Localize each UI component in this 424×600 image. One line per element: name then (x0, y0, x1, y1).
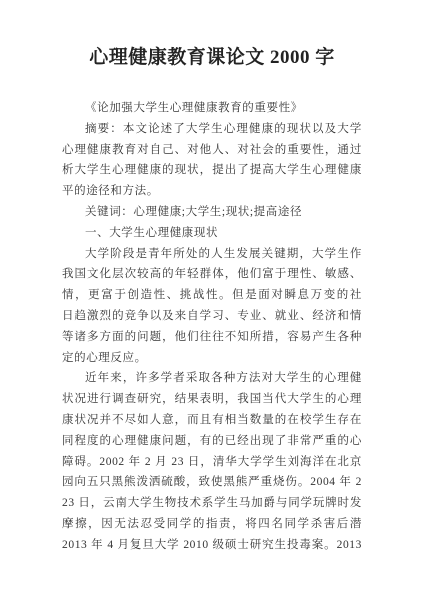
text-line: 等诸多方面的问题，他们往往不知所措，容易产生各种不 (62, 327, 362, 348)
body-paragraph-2: 近年来，许多学者采取各种方法对大学生的心理健康状况进行调查研究，结果表明，我国当… (62, 368, 362, 555)
text-line: 同程度的心理健康问题，有的已经出现了非常严重的心理 (62, 431, 362, 452)
text-line: 大学阶段是青年所处的人生发展关键期，大学生作为 (62, 244, 362, 265)
body-paragraph-1: 大学阶段是青年所处的人生发展关键期，大学生作为我国文化层次较高的年轻群体，他们富… (62, 244, 362, 369)
keywords: 关键词：心理健康;大学生;现状;提高途径 (62, 202, 362, 223)
text-line: 心理健康教育对自己、对他人、对社会的重要性，通过分 (62, 140, 362, 161)
document-title: 心理健康教育课论文 2000 字 (62, 46, 362, 70)
text-line: 近年来，许多学者采取各种方法对大学生的心理健康 (62, 368, 362, 389)
text-line: 情，更富于创造性、挑战性。但是面对瞬息万变的社会、 (62, 285, 362, 306)
document-page: { "page": { "background_color": "#ffffff… (0, 0, 424, 600)
abstract: 摘要：本文论述了大学生心理健康的现状以及大学生心理健康教育对自己、对他人、对社会… (62, 119, 362, 202)
text-line: 定的心理反应。 (62, 348, 362, 369)
document-canvas: 心理健康教育课论文 2000 字 《论加强大学生心理健康教育的重要性》摘要：本文… (0, 0, 424, 600)
text-line: 2013 年 4 月复旦大学 2010 级硕士研究生投毒案。2013 年 (62, 535, 362, 556)
text-line: 关键词：心理健康;大学生;现状;提高途径 (62, 202, 362, 223)
text-line: 状况进行调查研究，结果表明，我国当代大学生的心理健 (62, 389, 362, 410)
text-line: 摘要：本文论述了大学生心理健康的现状以及大学生 (62, 119, 362, 140)
text-line: 园向五只黑熊泼洒硫酸，致使黑熊严重烧伤。2004 年 2 月 (62, 472, 362, 493)
text-line: 析大学生心理健康的现状，提出了提高大学生心理健康水 (62, 160, 362, 181)
text-line: 23 日，云南大学生物技术系学生马加爵与同学玩牌时发生 (62, 493, 362, 514)
text-line: 我国文化层次较高的年轻群体，他们富于理性、敏感、激 (62, 264, 362, 285)
text-line: 日趋激烈的竞争以及来自学习、专业、就业、经济和情感 (62, 306, 362, 327)
document-body: 《论加强大学生心理健康教育的重要性》摘要：本文论述了大学生心理健康的现状以及大学… (62, 98, 362, 556)
text-line: 障碍。2002 年 2 月 23 日，清华大学学生刘海洋在北京动物 (62, 452, 362, 473)
text-line: 一、大学生心理健康现状 (62, 223, 362, 244)
section-heading: 一、大学生心理健康现状 (62, 223, 362, 244)
text-line: 摩擦，因无法忍受同学的指责，将四名同学杀害后潜逃。 (62, 514, 362, 535)
subtitle: 《论加强大学生心理健康教育的重要性》 (62, 98, 362, 119)
text-line: 平的途径和方法。 (62, 181, 362, 202)
text-line: 《论加强大学生心理健康教育的重要性》 (62, 98, 362, 119)
text-line: 康状况并不尽如人意，而且有相当数量的在校学生存在不 (62, 410, 362, 431)
